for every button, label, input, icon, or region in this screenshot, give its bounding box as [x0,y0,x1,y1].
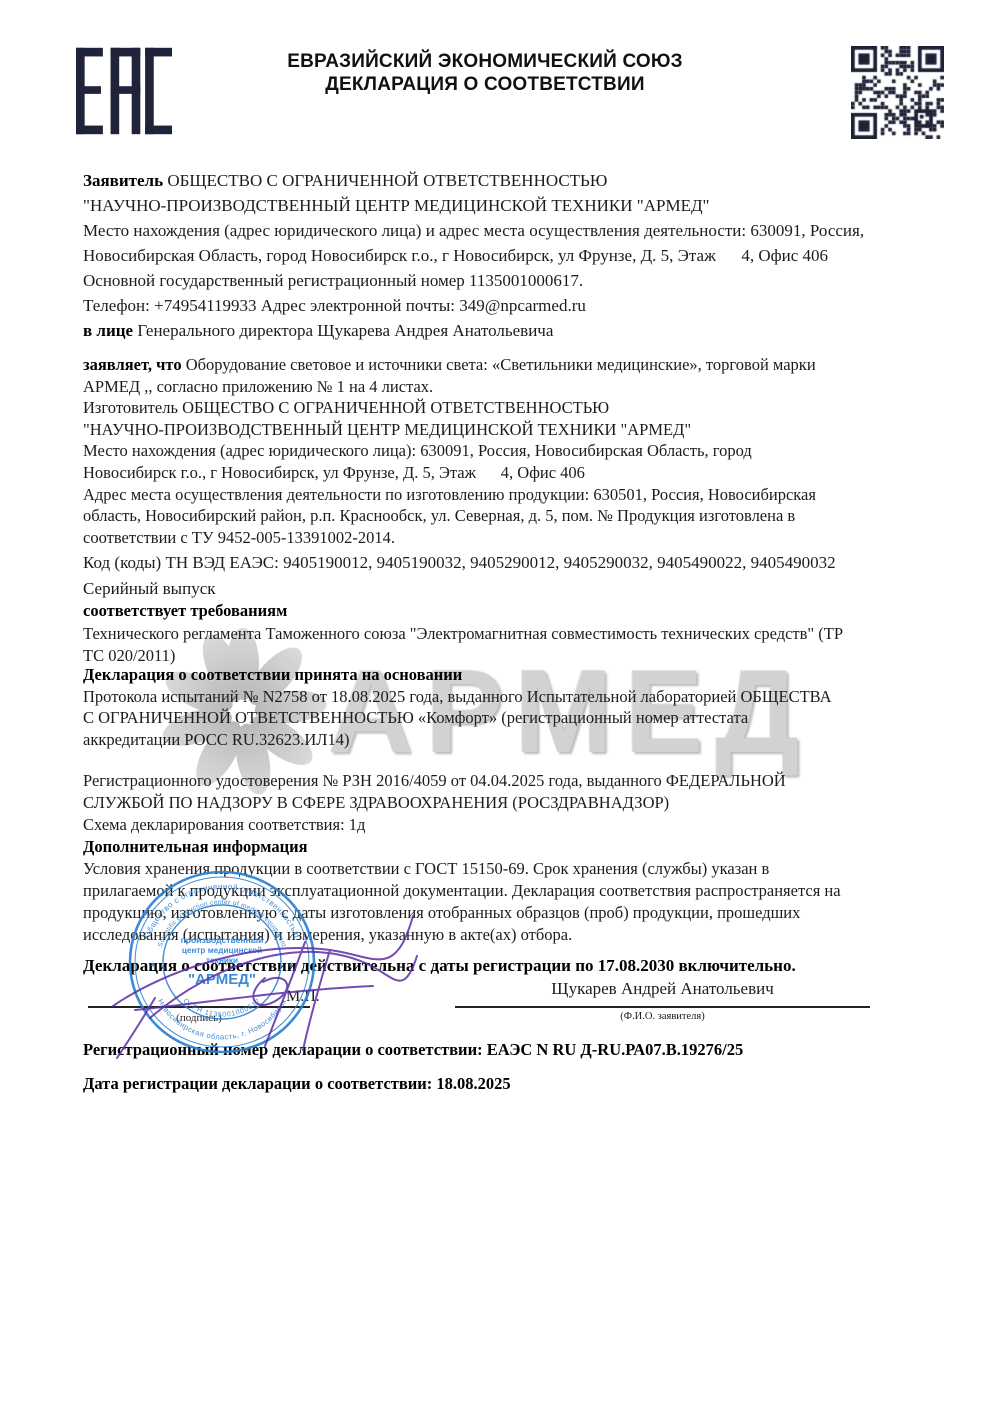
doc-line: заявляет, что Оборудование световое и ис… [83,354,935,376]
doc-line: аккредитации РОСС RU.32623.ИЛ14) [83,729,935,751]
doc-line: С ОГРАНИЧЕННОЙ ОТВЕТСТВЕННОСТЬЮ «Комфорт… [83,707,935,729]
doc-line: Место нахождения (адрес юридического лиц… [83,218,935,243]
doc-line: Место нахождения (адрес юридического лиц… [83,440,935,462]
doc-line: в лице Генерального директора Щукарева А… [83,318,935,343]
doc-line: Код (коды) ТН ВЭД ЕАЭС: 9405190012, 9405… [83,550,935,576]
document-title: ЕВРАЗИЙСКИЙ ЭКОНОМИЧЕСКИЙ СОЮЗ ДЕКЛАРАЦИ… [85,50,885,96]
section-heading: Декларация о соответствии принята на осн… [83,664,935,686]
title-line-2: ДЕКЛАРАЦИЯ О СООТВЕТСТВИИ [85,73,885,96]
section-heading: Дополнительная информация [83,836,935,858]
declaration-document: ЕВРАЗИЙСКИЙ ЭКОНОМИЧЕСКИЙ СОЮЗ ДЕКЛАРАЦИ… [0,0,1000,1414]
product-manufacturer-section: заявляет, что Оборудование световое и ис… [83,354,935,548]
registration-date-line: Дата регистрации декларации о соответств… [83,1074,511,1094]
section-heading: соответствует требованиям [83,600,935,623]
basis-section: Декларация о соответствии принята на осн… [83,664,935,835]
doc-line: Изготовитель ОБЩЕСТВО С ОГРАНИЧЕННОЙ ОТВ… [83,397,935,419]
doc-line: "НАУЧНО-ПРОИЗВОДСТВЕННЫЙ ЦЕНТР МЕДИЦИНСК… [83,193,935,218]
doc-line: Серийный выпуск [83,576,935,602]
doc-line: СЛУЖБОЙ ПО НАДЗОРУ В СФЕРЕ ЗДРАВООХРАНЕН… [83,792,935,814]
name-line [455,1006,870,1008]
doc-line: АРМЕД ,, согласно приложению № 1 на 4 ли… [83,376,935,398]
doc-line: Схема декларирования соответствия: 1д [83,814,935,836]
doc-line: Телефон: +74954119933 Адрес электронной … [83,293,935,318]
applicant-section: Заявитель ОБЩЕСТВО С ОГРАНИЧЕННОЙ ОТВЕТС… [83,168,935,343]
doc-line: Основной государственный регистрационный… [83,268,935,293]
signature-scribble [95,878,435,1063]
applicant-name: Щукарев Андрей Анатольевич [455,979,870,999]
doc-line: Новосибирская Область, город Новосибирск… [83,243,935,268]
doc-line: Заявитель ОБЩЕСТВО С ОГРАНИЧЕННОЙ ОТВЕТС… [83,168,935,193]
tnved-codes-section: Код (коды) ТН ВЭД ЕАЭС: 9405190012, 9405… [83,550,935,602]
doc-line: "НАУЧНО-ПРОИЗВОДСТВЕННЫЙ ЦЕНТР МЕДИЦИНСК… [83,419,935,441]
doc-line: Адрес места осуществления деятельности п… [83,484,935,506]
requirements-section: соответствует требованиям Технического р… [83,600,935,668]
name-caption: (Ф.И.О. заявителя) [455,1011,870,1022]
doc-line: Технического регламента Таможенного союз… [83,623,935,646]
doc-line: соответствии с ТУ 9452-005-13391002-2014… [83,527,935,549]
doc-line: Регистрационного удостоверения № РЗН 201… [83,770,935,792]
qr-code [851,46,944,139]
doc-line: область, Новосибирский район, р.п. Красн… [83,505,935,527]
doc-line: Протокола испытаний № N2758 от 18.08.202… [83,686,935,708]
doc-line: Новосибирск г.о., г Новосибирск, ул Фрун… [83,462,935,484]
title-line-1: ЕВРАЗИЙСКИЙ ЭКОНОМИЧЕСКИЙ СОЮЗ [85,50,885,73]
